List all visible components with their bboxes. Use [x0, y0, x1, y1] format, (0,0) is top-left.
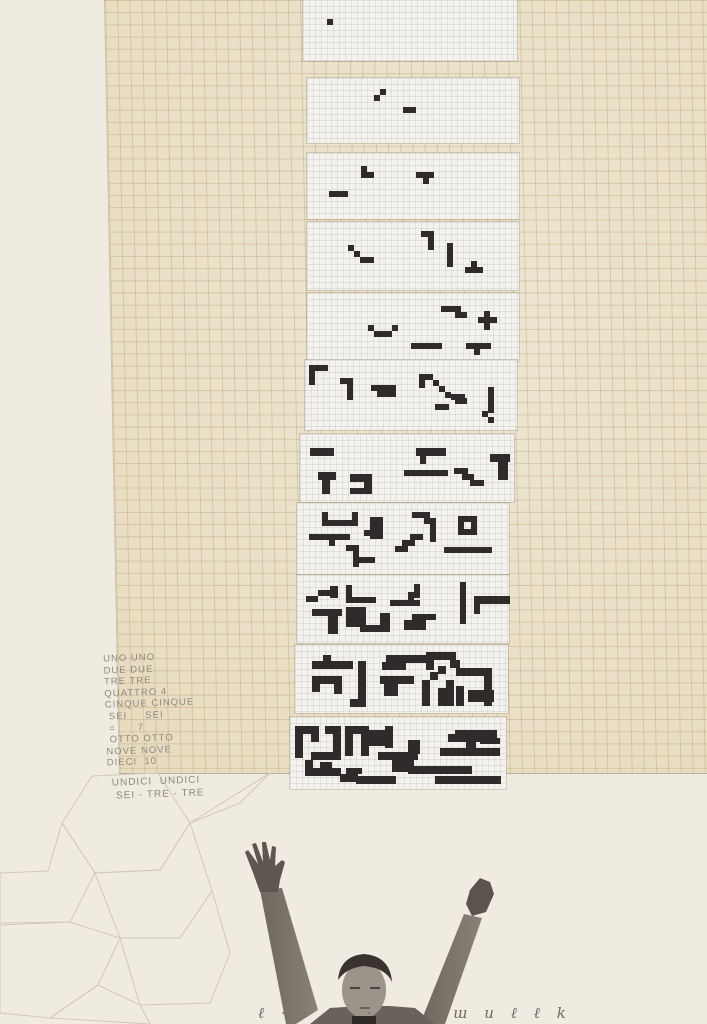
pixel-block	[428, 237, 434, 250]
pixel-block	[438, 688, 446, 706]
pixel-block	[311, 752, 341, 760]
pixel-block	[488, 417, 494, 423]
pixel-block	[411, 343, 442, 349]
pixel-block	[306, 596, 318, 602]
pixel-block	[408, 740, 420, 754]
photograph-man-arms-raised	[200, 830, 540, 1024]
pixel-block	[498, 462, 508, 480]
pixel-block	[474, 596, 510, 604]
pixel-block	[460, 582, 466, 624]
pixel-block	[446, 680, 454, 706]
pixel-block	[350, 488, 370, 494]
pixel-block	[312, 676, 342, 684]
pixel-block	[356, 776, 396, 784]
pixel-block	[320, 762, 332, 770]
pixel-block	[455, 398, 467, 404]
pixel-block	[367, 172, 374, 178]
pixel-block	[430, 672, 438, 680]
pixel-block	[410, 534, 423, 540]
pixel-block	[447, 243, 453, 267]
pattern-card-4	[307, 222, 519, 290]
pixel-block	[382, 662, 406, 670]
pattern-card-3	[307, 153, 519, 219]
pixel-block	[419, 374, 433, 380]
pixel-block	[329, 191, 348, 197]
pixel-block	[414, 584, 420, 598]
pixel-block	[353, 557, 375, 563]
pixel-block	[360, 257, 374, 263]
pixel-block	[466, 740, 476, 748]
handwritten-numbers: UNO UNO DUE DUE TRE TRE QUATTRO 4 CINQUE…	[103, 650, 197, 769]
pixel-block	[458, 529, 477, 535]
pixel-block	[456, 686, 464, 706]
pixel-block	[380, 89, 386, 95]
pixel-block	[480, 738, 500, 744]
pixel-block	[488, 387, 494, 413]
pixel-block	[474, 349, 480, 355]
pixel-block	[380, 613, 390, 627]
pixel-block	[392, 325, 398, 331]
pixel-block	[403, 107, 416, 113]
pixel-block	[416, 448, 446, 456]
pixel-block	[435, 404, 449, 410]
pixel-block	[490, 454, 510, 462]
pixel-block	[389, 385, 396, 391]
pixel-block	[423, 178, 429, 184]
pixel-block	[390, 600, 420, 606]
pixel-block	[347, 384, 353, 400]
pixel-block	[435, 776, 501, 784]
pattern-card-1	[303, 0, 517, 61]
pixel-block	[422, 688, 430, 706]
pixel-block	[385, 726, 393, 748]
pixel-block	[384, 682, 398, 696]
pixel-block	[330, 586, 338, 598]
pixel-block	[455, 312, 467, 318]
pixel-block	[408, 766, 472, 774]
pixel-block	[471, 261, 477, 267]
pixel-block	[346, 607, 366, 627]
pixel-block	[328, 609, 338, 634]
pixel-block	[352, 512, 358, 526]
pixel-block	[478, 317, 497, 323]
pixel-block	[455, 730, 497, 738]
pixel-block	[404, 620, 426, 630]
pixel-block	[420, 456, 426, 464]
pixel-block	[450, 660, 460, 668]
pixel-block	[465, 267, 483, 273]
pixel-block	[334, 684, 342, 694]
pixel-block	[333, 726, 341, 754]
pixel-block	[374, 331, 392, 337]
pixel-block	[444, 547, 492, 553]
pixel-block	[350, 699, 366, 707]
pixel-block	[377, 391, 396, 397]
pixel-block	[312, 661, 353, 669]
pattern-card-7	[300, 434, 514, 502]
pixel-block	[404, 470, 448, 476]
pixel-block	[402, 540, 415, 546]
pixel-block	[318, 472, 336, 480]
pixel-block	[438, 666, 446, 674]
pixel-block	[327, 19, 333, 25]
pixel-block	[318, 590, 330, 596]
pixel-block	[323, 655, 331, 665]
pixel-block	[364, 530, 377, 536]
pixel-block	[329, 540, 335, 546]
pixel-block	[374, 95, 380, 101]
pixel-block	[309, 365, 328, 371]
pixel-block	[440, 748, 500, 756]
pixel-block	[311, 726, 319, 742]
pattern-card-6	[305, 360, 517, 430]
artist-signature: ℓ · · · · · · · · ɯ u ℓ ℓ k	[258, 1004, 572, 1023]
pixel-block	[474, 668, 492, 676]
pixel-block	[395, 546, 408, 552]
pixel-block	[346, 768, 362, 774]
pixel-block	[426, 652, 456, 660]
pixel-block	[422, 680, 430, 688]
pixel-block	[310, 448, 334, 456]
pixel-block	[305, 760, 313, 774]
pixel-block	[470, 480, 484, 486]
pixel-block	[430, 524, 436, 542]
pixel-block	[322, 480, 330, 494]
pixel-block	[456, 668, 476, 676]
handwritten-numbers-bottom: UNDICI UNDICI SEI - TRE - TRE	[112, 773, 205, 802]
pixel-block	[346, 597, 376, 603]
